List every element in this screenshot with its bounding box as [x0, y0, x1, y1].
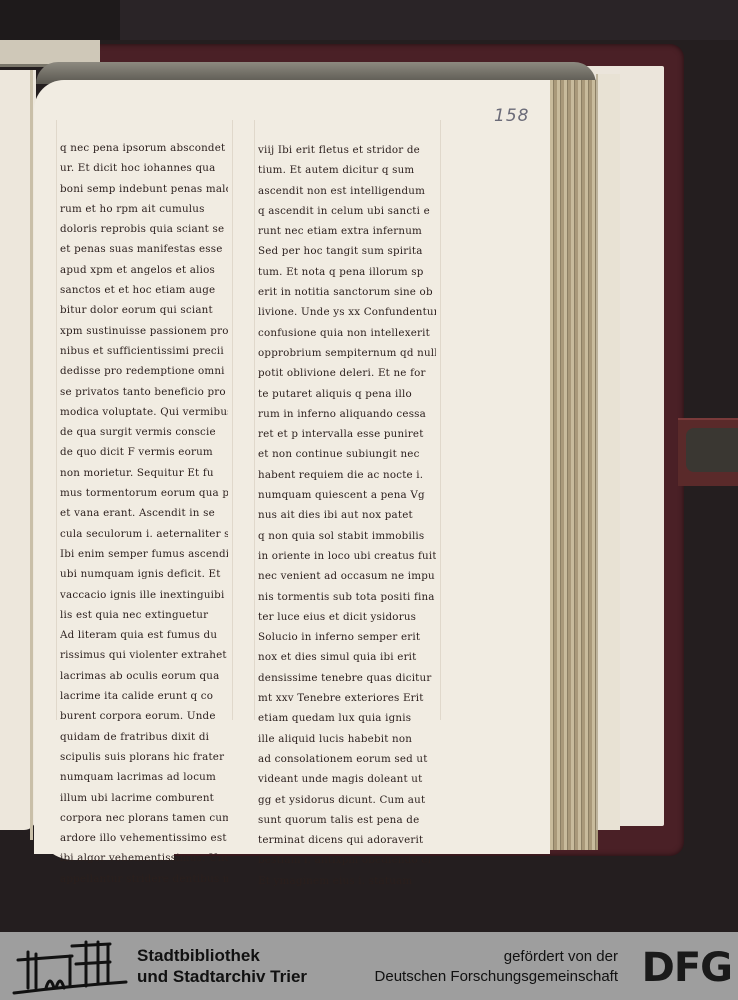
- manuscript-line: scipulis suis plorans hic frater: [60, 747, 228, 767]
- manuscript-line: ad consolationem eorum sed ut: [258, 749, 436, 769]
- manuscript-line: Et ymaginem eius i. statuam: [258, 871, 436, 891]
- manuscript-line: modica voluptate. Qui vermibus: [60, 402, 228, 422]
- manuscript-line: habent requiem die ac nocte i.: [258, 465, 436, 485]
- manuscript-line: numquam quiescent a pena Vg: [258, 485, 436, 505]
- manuscript-line: gg et ysidorus dicunt. Cum aut: [258, 790, 436, 810]
- manuscript-line: nis tormentis sub tota positi fina: [258, 587, 436, 607]
- funding-line2: Deutschen Forschungsgemeinschaft: [375, 967, 618, 987]
- manuscript-line: et vana erant. Ascendit in se: [60, 503, 228, 523]
- library-logo-icon: [10, 938, 130, 996]
- ruling-line: [232, 120, 233, 720]
- ruling-line: [56, 120, 57, 720]
- background: [120, 0, 738, 40]
- manuscript-line: apud xpm et angelos et alios: [60, 260, 228, 280]
- manuscript-line: boni semp indebunt penas malo: [60, 179, 228, 199]
- manuscript-line: lacrime ita calide erunt q co: [60, 686, 228, 706]
- manuscript-line: et penas suas manifestas esse: [60, 239, 228, 259]
- manuscript-line: illum ubi lacrime comburent: [60, 788, 228, 808]
- manuscript-line: nec venient ad occasum ne impu: [258, 566, 436, 586]
- manuscript-line: se privatos tanto beneficio pro: [60, 382, 228, 402]
- manuscript-line: et non continue subiungit nec: [258, 444, 436, 464]
- manuscript-line: numquam lacrimas ad locum: [60, 767, 228, 787]
- manuscript-viewer: 158 q nec pena ipsorum abscondetur. Et d…: [0, 0, 738, 932]
- manuscript-line: ter luce eius et dicit ysidorus: [258, 607, 436, 627]
- manuscript-line: etiam quedam lux quia ignis: [258, 708, 436, 728]
- manuscript-line: in oriente in loco ubi creatus fuit: [258, 546, 436, 566]
- manuscript-line: non morietur. Sequitur Et fu: [60, 463, 228, 483]
- manuscript-line: densissime tenebre quas dicitur: [258, 668, 436, 688]
- manuscript-line: Ibi enim semper fumus ascendit: [60, 544, 228, 564]
- manuscript-line: nibus et sufficientissimi precii: [60, 341, 228, 361]
- manuscript-line: Sed per hoc tangit sum spirita: [258, 241, 436, 261]
- manuscript-line: ardore illo vehementissimo est: [60, 828, 228, 848]
- manuscript-line: nus ait dies ibi aut nox patet: [258, 505, 436, 525]
- manuscript-line: ubi numquam ignis deficit. Et: [60, 564, 228, 584]
- manuscript-line: dedisse pro redemptione omni et: [60, 361, 228, 381]
- manuscript-line: ur. Et dicit hoc iohannes qua: [60, 158, 228, 178]
- manuscript-line: de quo dicit F vermis eorum: [60, 442, 228, 462]
- manuscript-line: vaccacio ignis ille inextinguibi: [60, 585, 228, 605]
- manuscript-line: rum et ho rpm ait cumulus: [60, 199, 228, 219]
- manuscript-line: doloris reprobis quia sciant se: [60, 219, 228, 239]
- manuscript-line: Ad literam quia est fumus du: [60, 625, 228, 645]
- ruling-line: [440, 120, 441, 720]
- manuscript-line: burent corpora eorum. Unde: [60, 706, 228, 726]
- funding-line1: gefördert von der: [375, 947, 618, 967]
- manuscript-line: videant unde magis doleant ut: [258, 769, 436, 789]
- manuscript-line: q non quia sol stabit immobilis: [258, 526, 436, 546]
- manuscript-line: tium. Et autem dicitur q sum: [258, 160, 436, 180]
- manuscript-line: ille aliquid lucis habebit non: [258, 729, 436, 749]
- manuscript-line: appellantur stridere dentibus mt: [60, 869, 228, 889]
- manuscript-line: terminat dicens qui adoraverit: [258, 830, 436, 850]
- manuscript-line: quidam de fratribus dixit di: [60, 727, 228, 747]
- library-name: Stadtbibliothek und Stadtarchiv Trier: [137, 945, 307, 987]
- manuscript-line: q nec pena ipsorum abscondet: [60, 138, 228, 158]
- manuscript-line: bitur dolor eorum qui sciant: [60, 300, 228, 320]
- manuscript-line: runt nec etiam extra infernum: [258, 221, 436, 241]
- manuscript-line: Solucio in inferno semper erit: [258, 627, 436, 647]
- folio-number: 158: [494, 106, 529, 126]
- manuscript-line: viij Ibi erit fletus et stridor de: [258, 140, 436, 160]
- manuscript-line: rum in inferno aliquando cessa: [258, 404, 436, 424]
- manuscript-line: te putaret aliquis q pena illo: [258, 384, 436, 404]
- footer-banner: Stadtbibliothek und Stadtarchiv Trier ge…: [0, 932, 738, 1000]
- text-column-left: q nec pena ipsorum abscondetur. Et dicit…: [60, 138, 228, 889]
- library-name-line2: und Stadtarchiv Trier: [137, 966, 307, 987]
- manuscript-line: q ascendit in celum ubi sancti e: [258, 201, 436, 221]
- library-name-line1: Stadtbibliothek: [137, 945, 307, 966]
- manuscript-line: de qua surgit vermis conscie: [60, 422, 228, 442]
- funding-notice: gefördert von der Deutschen Forschungsge…: [375, 947, 618, 987]
- manuscript-line: lis est quia nec extinguetur: [60, 605, 228, 625]
- manuscript-line: tum. Et nota q pena illorum sp: [258, 262, 436, 282]
- manuscript-line: rissimus qui violenter extrahet: [60, 645, 228, 665]
- manuscript-line: cula seculorum i. aeternaliter sine fine: [60, 524, 228, 544]
- clasp-metal-icon: [686, 428, 738, 472]
- manuscript-line: nox et dies simul quia ibi erit: [258, 647, 436, 667]
- dfg-logo-icon: DFG: [642, 948, 732, 988]
- manuscript-line: mus tormentorum eorum qua pla: [60, 483, 228, 503]
- manuscript-line: xpm sustinuisse passionem pro om: [60, 321, 228, 341]
- manuscript-line: sanctos et et hoc etiam auge: [60, 280, 228, 300]
- manuscript-line: erit in notitia sanctorum sine ob: [258, 282, 436, 302]
- gutter: [30, 70, 33, 840]
- manuscript-line: sunt quorum talis est pena de: [258, 810, 436, 830]
- manuscript-line: lacrimas ab oculis eorum qua: [60, 666, 228, 686]
- manuscript-line: mt xxv Tenebre exteriores Erit: [258, 688, 436, 708]
- text-column-right: viij Ibi erit fletus et stridor detium. …: [258, 140, 436, 891]
- manuscript-line: potit oblivione deleri. Et ne for: [258, 363, 436, 383]
- manuscript-line: bestiam i. antixpm obediendo ei: [258, 850, 436, 870]
- manuscript-line: ascendit non est intelligendum: [258, 181, 436, 201]
- manuscript-line: corpora nec plorans tamen cum: [60, 808, 228, 828]
- manuscript-line: livione. Unde ys xx Confundentur: [258, 302, 436, 322]
- ruling-line: [254, 120, 255, 720]
- manuscript-line: confusione quia non intellexerit: [258, 323, 436, 343]
- endpaper-edge: [596, 74, 620, 830]
- manuscript-line: ibi algor vehementissimus. Unde: [60, 848, 228, 868]
- manuscript-line: opprobrium sempiternum qd nulla: [258, 343, 436, 363]
- manuscript-line: ret et p intervalla esse puniret: [258, 424, 436, 444]
